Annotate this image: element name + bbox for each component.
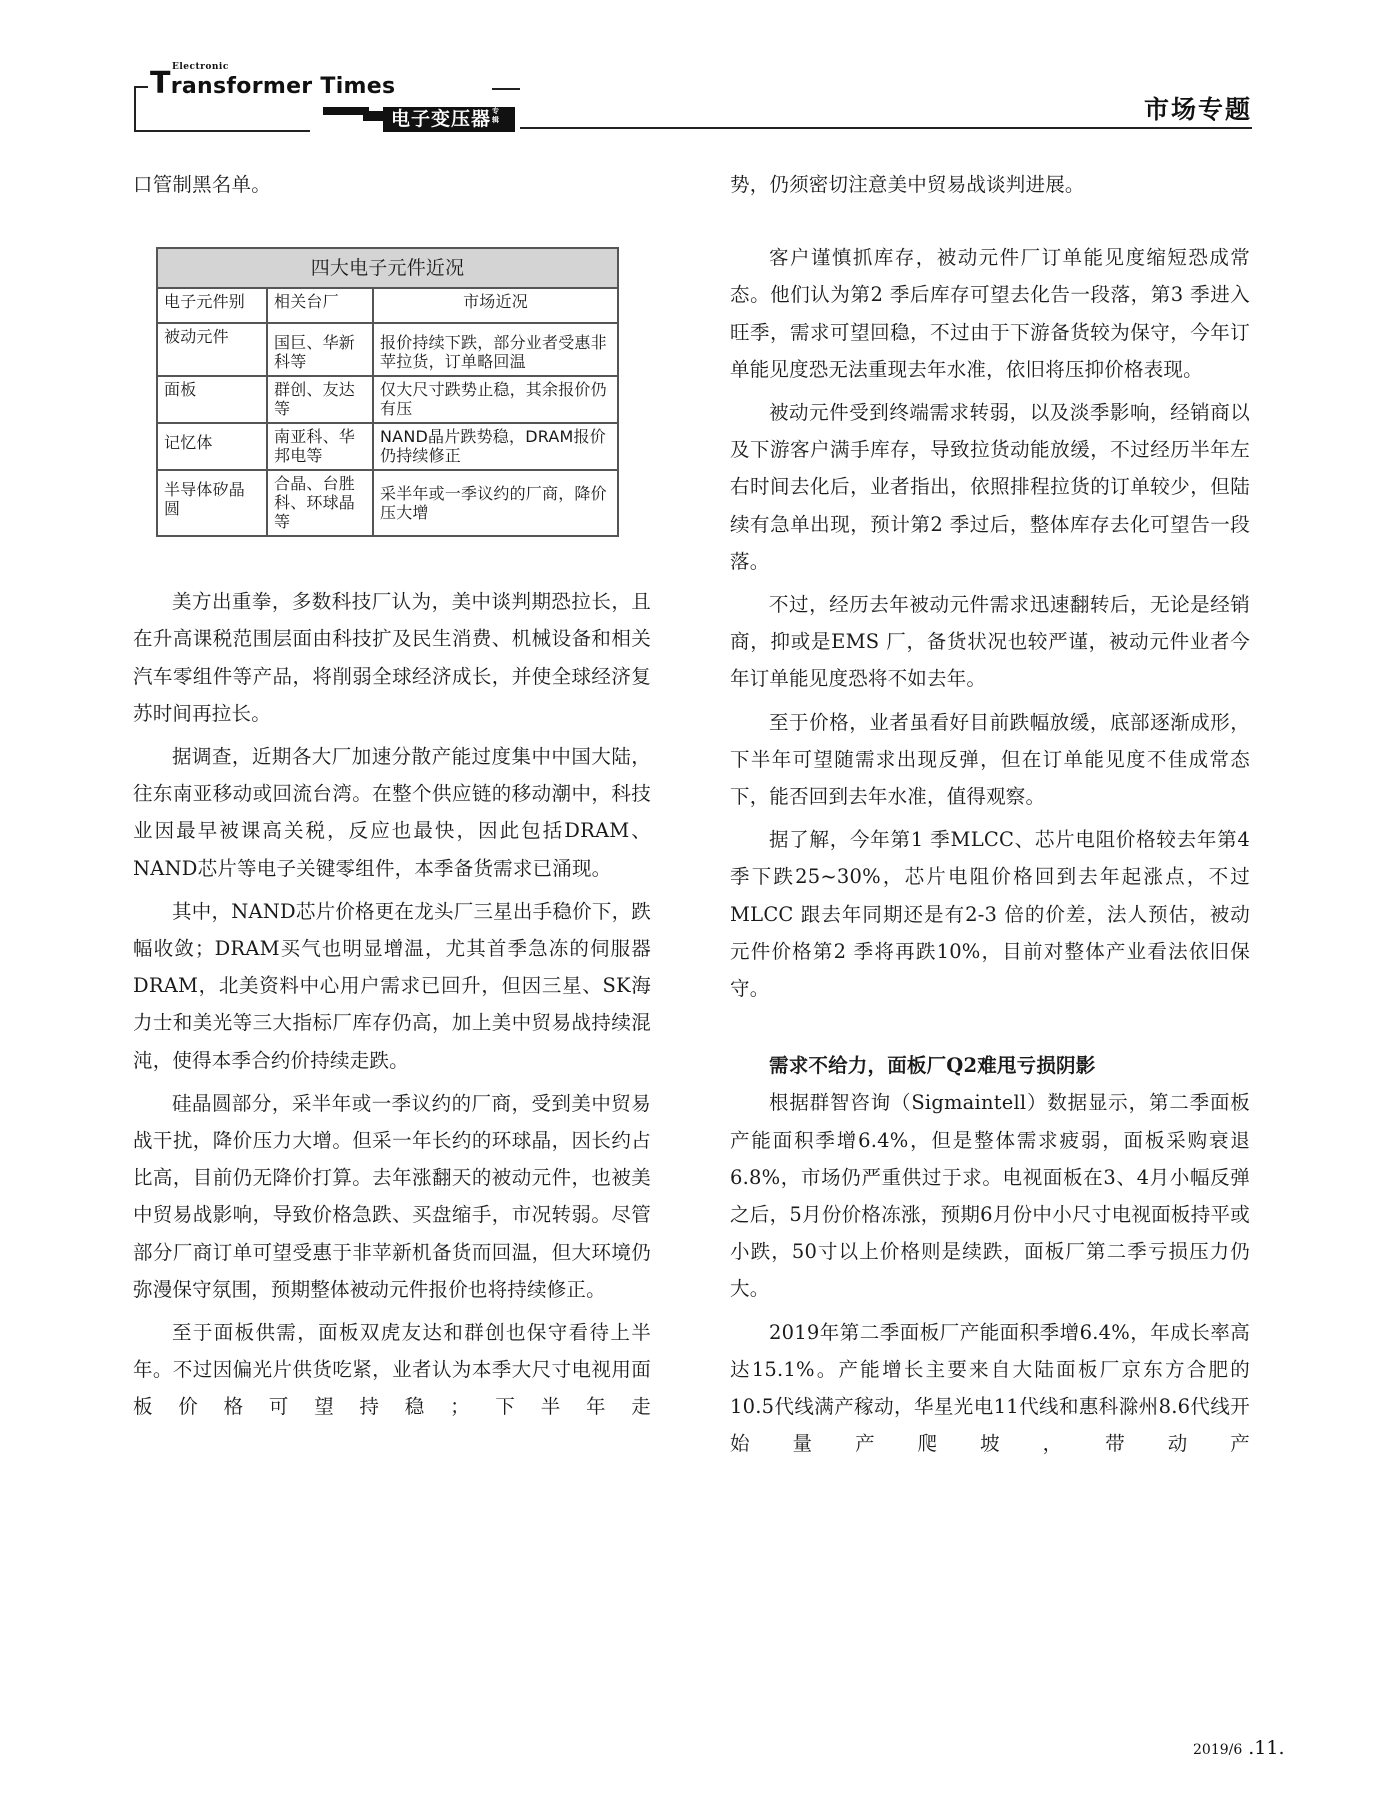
cell-market: 仅大尺寸跌势止稳，其余报价仍有压 [373, 376, 618, 423]
paragraph: 2019年第二季面板厂产能面积季增6.4%，年成长率高达15.1%。产能增长主要… [730, 1314, 1250, 1463]
column-header: 相关台厂 [267, 288, 373, 323]
table-row: 被动元件 国巨、华新科等 报价持续下跌，部分业者受惠非苹拉货，订单略回温 [157, 323, 618, 376]
paragraph: 至于价格，业者虽看好目前跌幅放缓，底部逐渐成形，下半年可望随需求出现反弹，但在订… [730, 704, 1250, 816]
right-column: 势，仍须密切注意美中贸易战谈判进展。 客户谨慎抓库存，被动元件厂订单能见度缩短恐… [730, 166, 1250, 1463]
page-footer: 2019/6.11. [1193, 1737, 1285, 1759]
column-header: 市场近况 [373, 288, 618, 323]
paragraph: 其中，NAND芯片价格更在龙头厂三星出手稳价下，跌幅收敛；DRAM买气也明显增温… [133, 893, 651, 1079]
brand-cn-tag: 专辑 [492, 107, 500, 125]
section-subheading: 需求不给力，面板厂Q2难甩亏损阴影 [730, 1047, 1250, 1084]
paragraph: 不过，经历去年被动元件需求迅速翻转后，无论是经销商，抑或是EMS 厂，备货状况也… [730, 586, 1250, 698]
table-row: 记忆体 南亚科、华邦电等 NAND晶片跌势稳，DRAM报价仍持续修正 [157, 423, 618, 470]
column-header: 电子元件别 [157, 288, 267, 323]
cell-component: 记忆体 [157, 423, 267, 470]
spacer [730, 203, 1250, 239]
brand-logo-chinese: 电子变压器专辑 [383, 107, 515, 132]
cell-makers: 国巨、华新科等 [267, 323, 373, 376]
cell-makers: 南亚科、华邦电等 [267, 423, 373, 470]
header-frame-line [134, 86, 136, 132]
paragraph: 客户谨慎抓库存，被动元件厂订单能见度缩短恐成常态。他们认为第2 季后库存可望去化… [730, 239, 1250, 388]
cell-market: 采半年或一季议约的厂商，降价压大增 [373, 470, 618, 536]
section-title: 市场专题 [1144, 90, 1252, 126]
brand-cn-name: 电子变压器 [391, 108, 491, 130]
paragraph: 硅晶圆部分，采半年或一季议约的厂商，受到美中贸易战干扰，降价压力大增。但采一年长… [133, 1085, 651, 1308]
cell-component: 半导体矽晶圆 [157, 470, 267, 536]
cell-makers: 群创、友达等 [267, 376, 373, 423]
brand-electronic-label: Electronic [172, 62, 229, 72]
header-rule [520, 127, 1252, 129]
header-frame-line [134, 86, 148, 88]
paragraph: 美方出重拳，多数科技厂认为，美中谈判期恐拉长，且在升高课税范围层面由科技扩及民生… [133, 583, 651, 732]
left-column: 口管制黑名单。 四大电子元件近况 电子元件别 相关台厂 市场近况 被动元件 国巨… [133, 166, 651, 1426]
cell-component: 面板 [157, 376, 267, 423]
brand-dash [492, 88, 520, 90]
table-row: 半导体矽晶圆 合晶、台胜科、环球晶等 采半年或一季议约的厂商，降价压大增 [157, 470, 618, 536]
paragraph-continuation: 势，仍须密切注意美中贸易战谈判进展。 [730, 166, 1250, 203]
paragraph: 据调查，近期各大厂加速分散产能过度集中中国大陆，往东南亚移动或回流台湾。在整个供… [133, 738, 651, 887]
cell-market: NAND晶片跌势稳，DRAM报价仍持续修正 [373, 423, 618, 470]
paragraph: 据了解，今年第1 季MLCC、芯片电阻价格较去年第4 季下跌25~30%，芯片电… [730, 821, 1250, 1007]
paragraph-continuation: 口管制黑名单。 [133, 166, 651, 203]
component-status-table: 四大电子元件近况 电子元件别 相关台厂 市场近况 被动元件 国巨、华新科等 报价… [156, 247, 619, 537]
brand-initial: T [150, 66, 171, 101]
spacer [730, 1007, 1250, 1047]
brand-logo-english: Electronic Transformer Times [150, 66, 395, 101]
cell-makers: 合晶、台胜科、环球晶等 [267, 470, 373, 536]
spacer [133, 537, 651, 583]
issue-date: 2019/6 [1193, 1742, 1242, 1758]
table-row: 面板 群创、友达等 仅大尺寸跌势止稳，其余报价仍有压 [157, 376, 618, 423]
paragraph: 根据群智咨询（Sigmaintell）数据显示，第二季面板产能面积季增6.4%，… [730, 1084, 1250, 1307]
brand-name: ransformer Times [171, 74, 396, 99]
paragraph: 被动元件受到终端需求转弱，以及淡季影响，经销商以及下游客户满手库存，导致拉货动能… [730, 394, 1250, 580]
cell-market: 报价持续下跌，部分业者受惠非苹拉货，订单略回温 [373, 323, 618, 376]
cell-component: 被动元件 [157, 323, 267, 376]
page-number: .11. [1248, 1737, 1284, 1759]
table-header-row: 电子元件别 相关台厂 市场近况 [157, 288, 618, 323]
paragraph: 至于面板供需，面板双虎友达和群创也保守看待上半年。不过因偏光片供货吃紧，业者认为… [133, 1314, 651, 1426]
header-rule [134, 130, 310, 132]
table: 四大电子元件近况 电子元件别 相关台厂 市场近况 被动元件 国巨、华新科等 报价… [156, 247, 619, 537]
table-caption: 四大电子元件近况 [157, 248, 618, 288]
